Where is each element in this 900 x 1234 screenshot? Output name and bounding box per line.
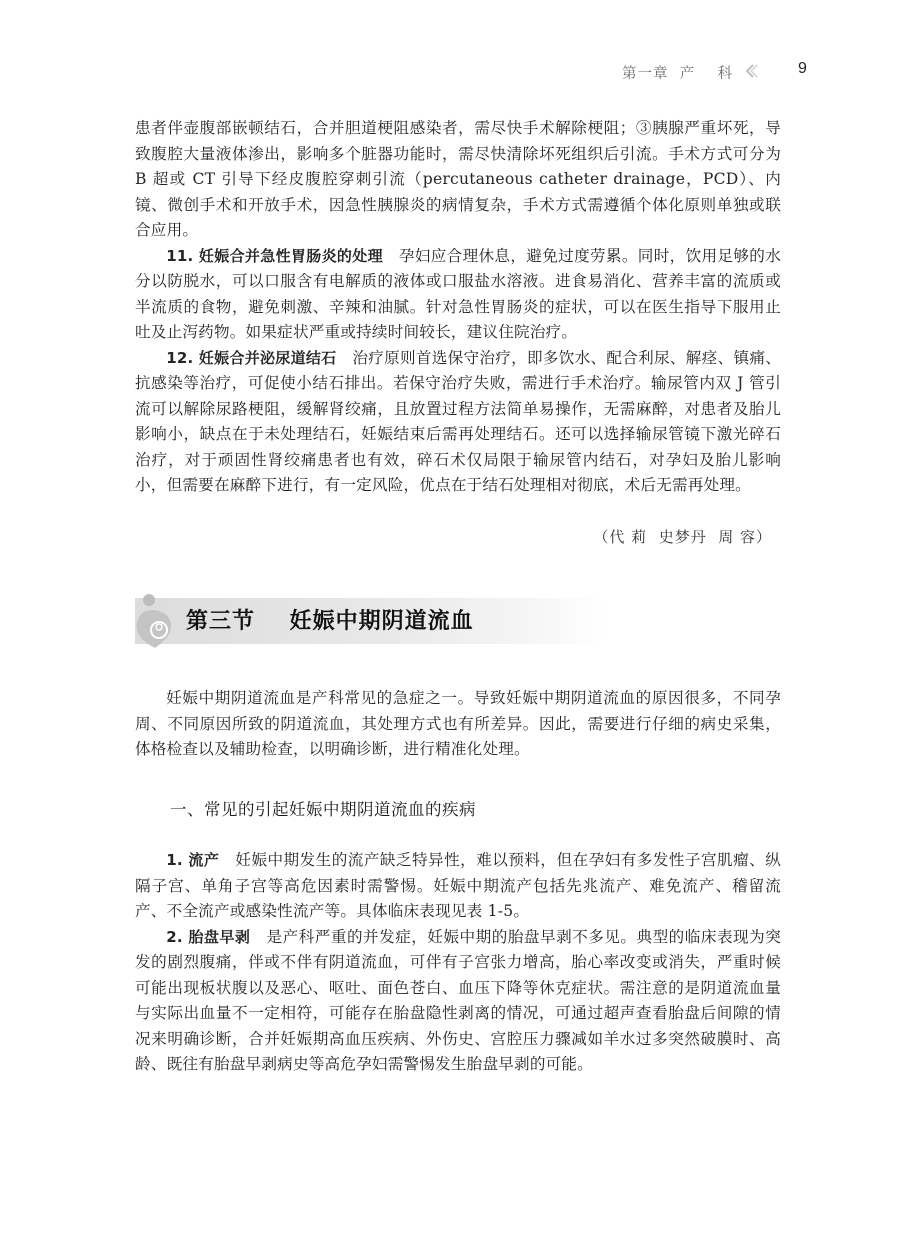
- chevron-left-icon: [744, 64, 758, 78]
- paragraph-continued: 患者伴壶腹部嵌顿结石，合并胆道梗阻感染者，需尽快手术解除梗阻；③胰腺严重坏死，导…: [135, 116, 781, 244]
- page-number: 9: [798, 60, 807, 78]
- section-title: 第三节 妊娠中期阴道流血: [186, 604, 474, 635]
- item-2-title: 2. 胎盘早剥: [166, 928, 250, 946]
- paragraph-item-2: 2. 胎盘早剥 是产科严重的并发症，妊娠中期的胎盘早剥不多见。典型的临床表现为突…: [135, 925, 781, 1078]
- item-1-title: 1. 流产: [166, 851, 219, 869]
- item-11-title: 11. 妊娠合并急性胃肠炎的处理: [166, 247, 383, 265]
- mother-baby-icon: [133, 592, 175, 650]
- paragraph-item-11: 11. 妊娠合并急性胃肠炎的处理 孕妇应合理休息，避免过度劳累。同时，饮用足够的…: [135, 244, 781, 346]
- paragraph-item-12: 12. 妊娠合并泌尿道结石 治疗原则首选保守治疗，即多饮水、配合利尿、解痉、镇痛…: [135, 346, 781, 499]
- item-1-body: 妊娠中期发生的流产缺乏特异性，难以预料，但在孕妇有多发性子宫肌瘤、纵隔子宫、单角…: [135, 851, 781, 920]
- chapter-label: 第一章 产 科: [622, 62, 733, 83]
- section-intro: 妊娠中期阴道流血是产科常见的急症之一。导致妊娠中期阴道流血的原因很多，不同孕周、…: [135, 686, 781, 763]
- item-12-body: 治疗原则首选保守治疗，即多饮水、配合利尿、解痉、镇痛、抗感染等治疗，可促使小结石…: [135, 349, 781, 495]
- item-12-title: 12. 妊娠合并泌尿道结石: [166, 349, 336, 367]
- body-text-bottom: 1. 流产 妊娠中期发生的流产缺乏特异性，难以预料，但在孕妇有多发性子宫肌瘤、纵…: [135, 848, 781, 1078]
- author-credit: （代 莉 史梦丹 周 容）: [593, 526, 772, 547]
- item-2-body: 是产科严重的并发症，妊娠中期的胎盘早剥不多见。典型的临床表现为突发的剧烈腹痛，伴…: [135, 928, 781, 1074]
- paragraph-item-1: 1. 流产 妊娠中期发生的流产缺乏特异性，难以预料，但在孕妇有多发性子宫肌瘤、纵…: [135, 848, 781, 925]
- subheading: 一、常见的引起妊娠中期阴道流血的疾病: [170, 796, 476, 820]
- body-text-top: 患者伴壶腹部嵌顿结石，合并胆道梗阻感染者，需尽快手术解除梗阻；③胰腺严重坏死，导…: [135, 116, 781, 499]
- running-header: 第一章 产 科 9: [0, 60, 900, 84]
- intro-paragraph: 妊娠中期阴道流血是产科常见的急症之一。导致妊娠中期阴道流血的原因很多，不同孕周、…: [135, 686, 781, 763]
